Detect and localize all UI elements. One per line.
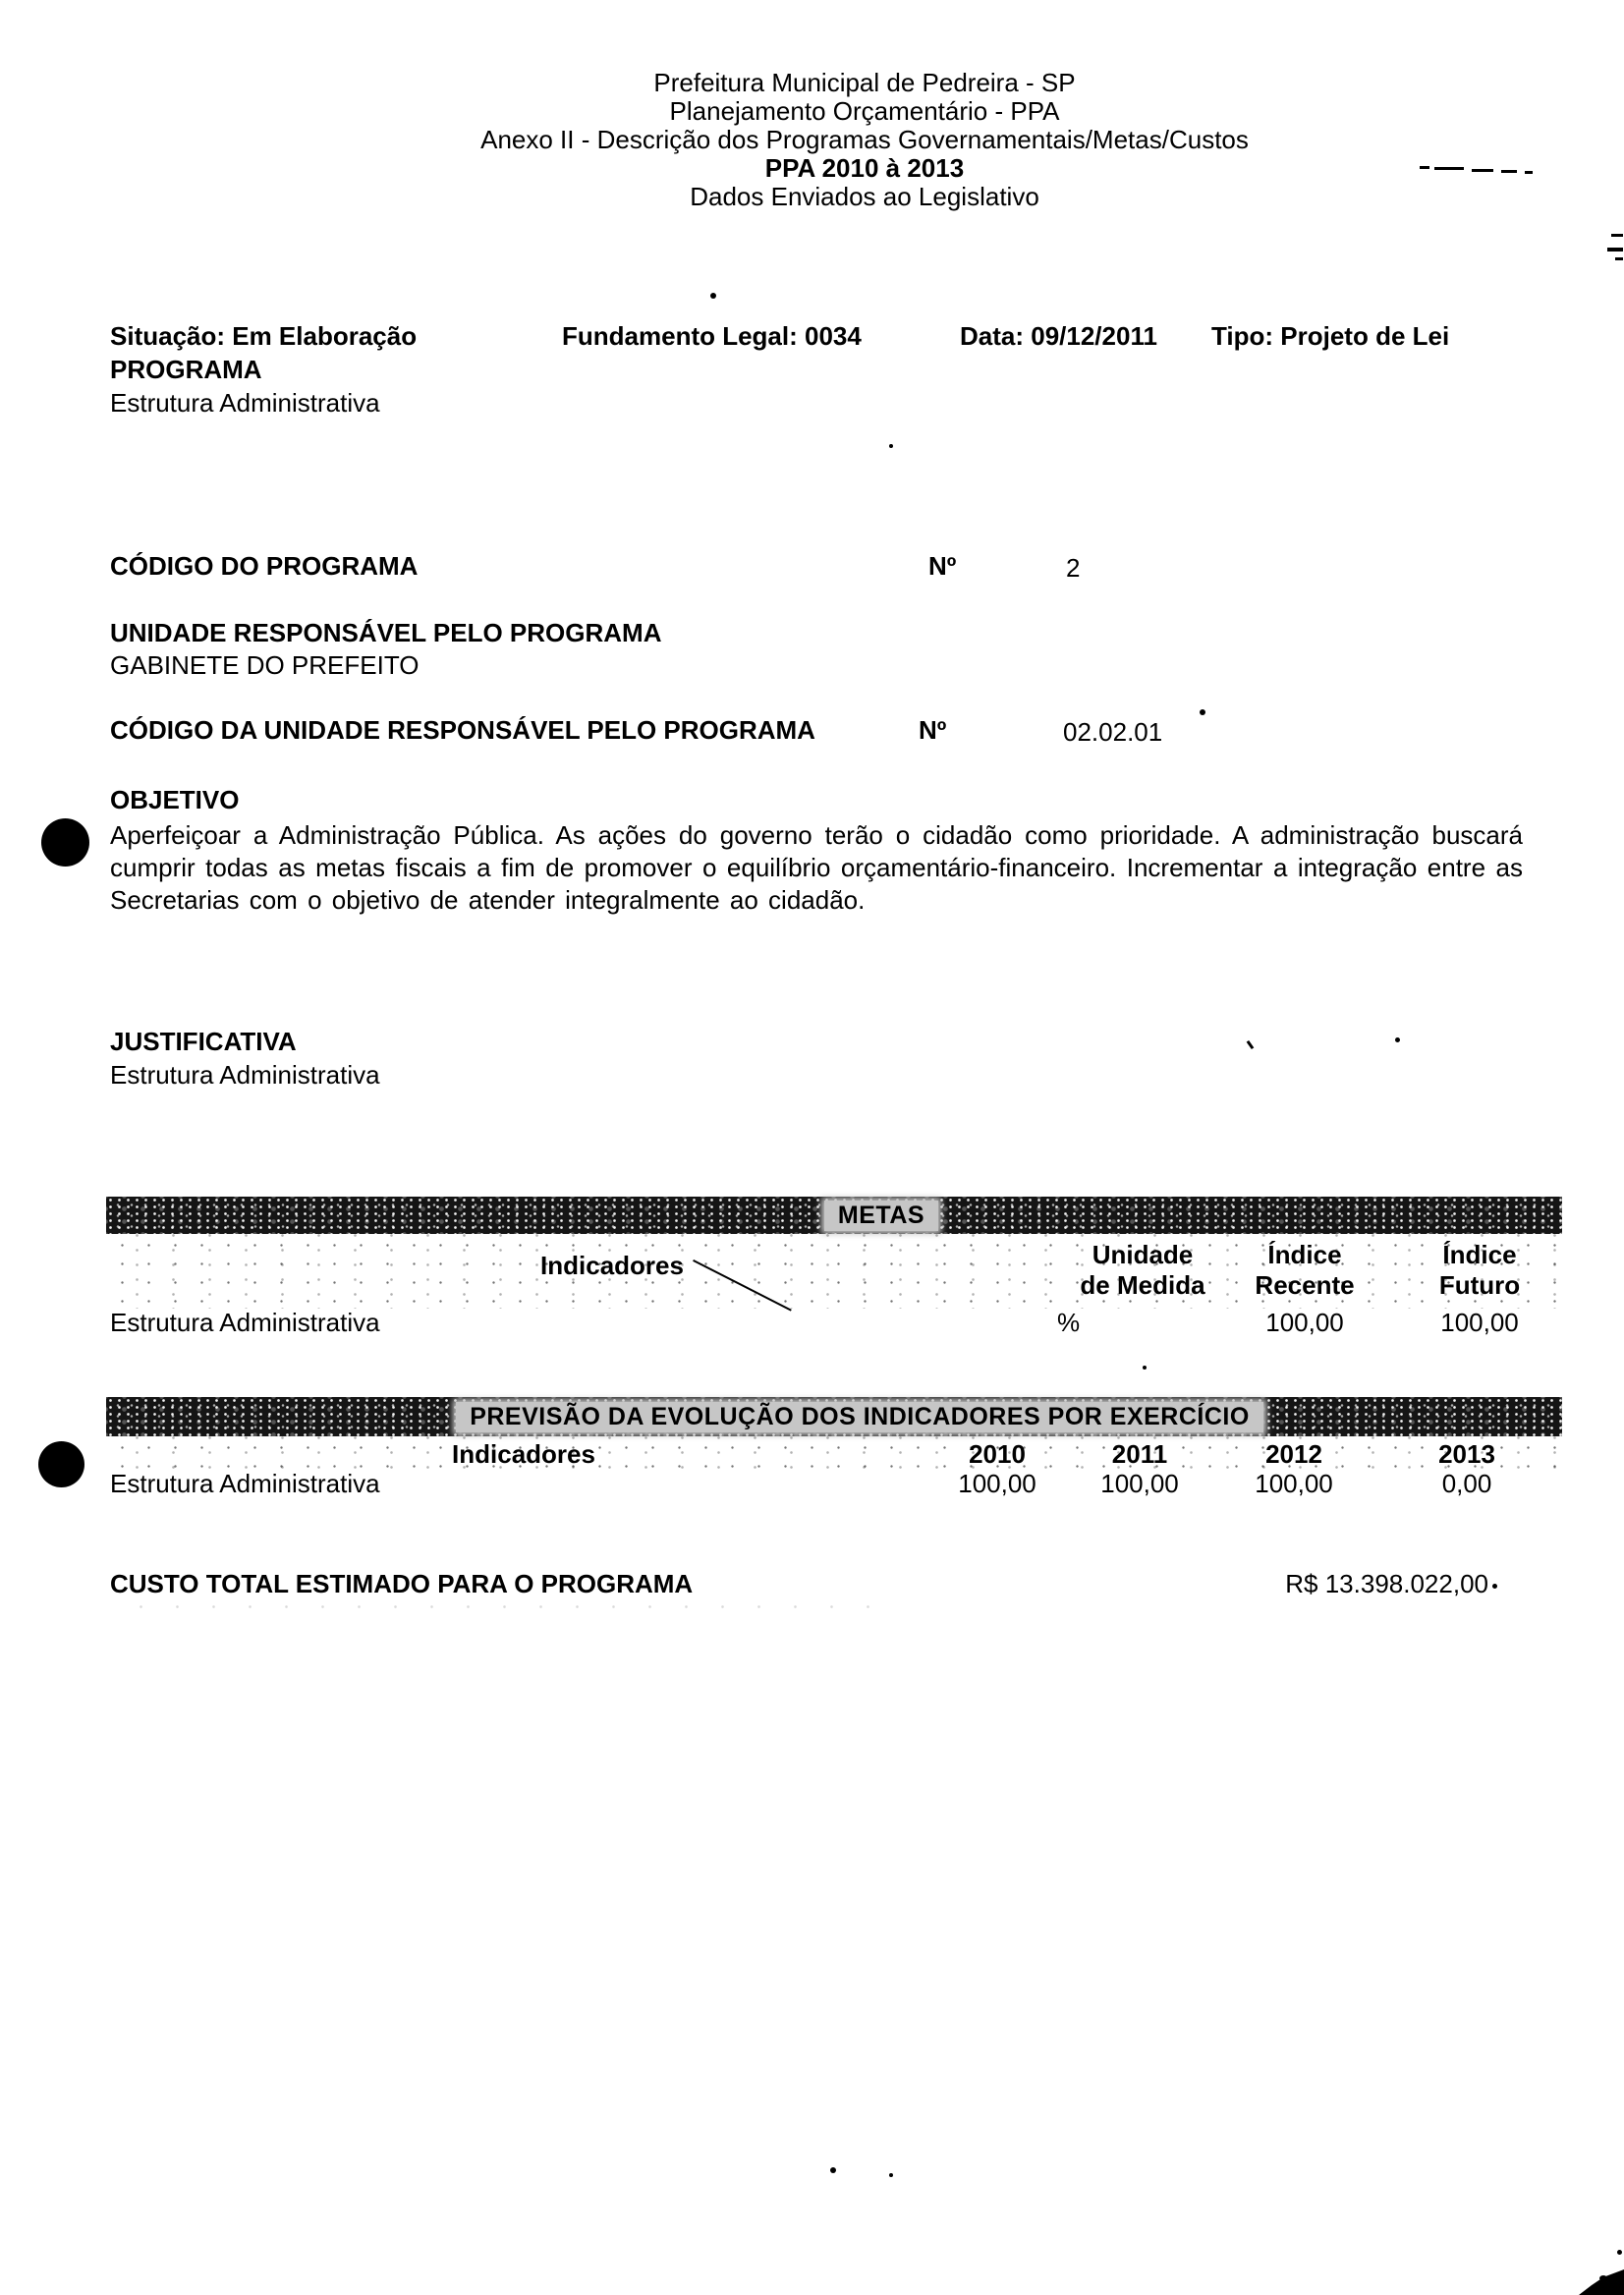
previsao-row-value-2010: 100,00 xyxy=(933,1470,1061,1499)
objetivo-heading: OBJETIVO xyxy=(110,786,239,815)
codigo-unidade-num-label: Nº xyxy=(919,716,946,746)
previsao-row-value-2011: 100,00 xyxy=(1076,1470,1204,1499)
unidade-responsavel-label: UNIDADE RESPONSÁVEL PELO PROGRAMA xyxy=(110,619,661,648)
metas-col-indice-recente: Índice Recente xyxy=(1240,1240,1370,1301)
metas-row-indicador: Estrutura Administrativa xyxy=(110,1309,380,1338)
justificativa-text: Estrutura Administrativa xyxy=(110,1061,380,1091)
scan-artifact xyxy=(1607,248,1623,252)
custo-total-value: R$ 13.398.022,00 xyxy=(1277,1570,1488,1599)
status-fundamento-legal: Fundamento Legal: 0034 xyxy=(562,322,862,352)
previsao-row-value-2013: 0,00 xyxy=(1403,1470,1531,1499)
document-header: Prefeitura Municipal de Pedreira - SP Pl… xyxy=(108,69,1621,211)
scan-artifact xyxy=(1617,2250,1622,2255)
previsao-row-value-2012: 100,00 xyxy=(1230,1470,1358,1499)
unidade-responsavel-nome: GABINETE DO PREFEITO xyxy=(110,651,419,681)
scan-artifact xyxy=(1247,1040,1255,1049)
scan-noise-strip xyxy=(110,1605,876,1613)
sent-note: Dados Enviados ao Legislativo xyxy=(108,183,1621,211)
justificativa-heading: JUSTIFICATIVA xyxy=(110,1028,297,1057)
previsao-col-year-2013: 2013 xyxy=(1403,1440,1531,1470)
codigo-unidade-label: CÓDIGO DA UNIDADE RESPONSÁVEL PELO PROGR… xyxy=(110,716,815,746)
annex-title: Anexo II - Descrição dos Programas Gover… xyxy=(108,126,1621,154)
status-tipo: Tipo: Projeto de Lei xyxy=(1211,322,1449,352)
metas-row-indice-recente: 100,00 xyxy=(1240,1309,1370,1338)
punch-hole-bottom xyxy=(38,1441,84,1487)
scan-artifact xyxy=(889,444,893,448)
status-data: Data: 09/12/2011 xyxy=(960,322,1157,352)
scan-artifact xyxy=(889,2173,893,2177)
programa-label: PROGRAMA xyxy=(110,356,262,385)
scan-artifact xyxy=(1611,234,1623,237)
scan-artifact xyxy=(1615,257,1623,260)
codigo-programa-num-label: Nº xyxy=(928,552,956,582)
dept-name: Planejamento Orçamentário - PPA xyxy=(108,97,1621,126)
metas-col-indicadores: Indicadores xyxy=(108,1252,1116,1281)
previsao-col-year-2011: 2011 xyxy=(1076,1440,1204,1470)
previsao-band: PREVISÃO DA EVOLUÇÃO DOS INDICADORES POR… xyxy=(106,1397,1562,1436)
metas-row-unidade: % xyxy=(1057,1309,1080,1338)
previsao-col-year-2012: 2012 xyxy=(1230,1440,1358,1470)
org-name: Prefeitura Municipal de Pedreira - SP xyxy=(108,69,1621,97)
metas-col-indice-futuro: Índice Futuro xyxy=(1415,1240,1544,1301)
ppa-period: PPA 2010 à 2013 xyxy=(108,154,1621,183)
scan-artifact xyxy=(830,2167,836,2173)
custo-total-label: CUSTO TOTAL ESTIMADO PARA O PROGRAMA xyxy=(110,1570,693,1599)
objetivo-text: Aperfeiçoar a Administração Pública. As … xyxy=(110,819,1523,917)
scan-artifact xyxy=(1599,2275,1607,2281)
document-page: Prefeitura Municipal de Pedreira - SP Pl… xyxy=(0,0,1624,2295)
programa-nome: Estrutura Administrativa xyxy=(110,389,380,419)
scan-artifact xyxy=(1143,1366,1147,1370)
metas-col-unidade-medida: Unidade de Medida xyxy=(1074,1240,1211,1301)
previsao-band-title: PREVISÃO DA EVOLUÇÃO DOS INDICADORES POR… xyxy=(456,1402,1263,1432)
scan-artifact xyxy=(1420,166,1429,169)
scan-artifact xyxy=(1395,1037,1400,1042)
metas-row-indice-futuro: 100,00 xyxy=(1415,1309,1544,1338)
status-situacao: Situação: Em Elaboração xyxy=(110,322,417,352)
previsao-col-indicadores: Indicadores xyxy=(108,1440,939,1470)
scan-smudge xyxy=(1579,2269,1624,2295)
previsao-row-indicador: Estrutura Administrativa xyxy=(110,1470,380,1499)
codigo-unidade-value: 02.02.01 xyxy=(1063,718,1162,748)
metas-band-title: METAS xyxy=(824,1201,938,1231)
scan-artifact xyxy=(1434,167,1464,170)
scan-artifact xyxy=(1525,171,1533,174)
codigo-programa-label: CÓDIGO DO PROGRAMA xyxy=(110,552,418,582)
metas-header-row: Indicadores Unidade de Medida Índice Rec… xyxy=(106,1234,1562,1309)
scan-artifact xyxy=(710,293,716,299)
scan-artifact xyxy=(1200,709,1205,715)
previsao-col-year-2010: 2010 xyxy=(933,1440,1061,1470)
scan-artifact xyxy=(1472,169,1493,172)
scan-artifact xyxy=(1492,1584,1497,1589)
codigo-programa-value: 2 xyxy=(1066,554,1080,584)
scan-artifact xyxy=(1501,170,1517,173)
metas-band: METAS xyxy=(106,1197,1562,1234)
punch-hole-top xyxy=(41,818,89,867)
